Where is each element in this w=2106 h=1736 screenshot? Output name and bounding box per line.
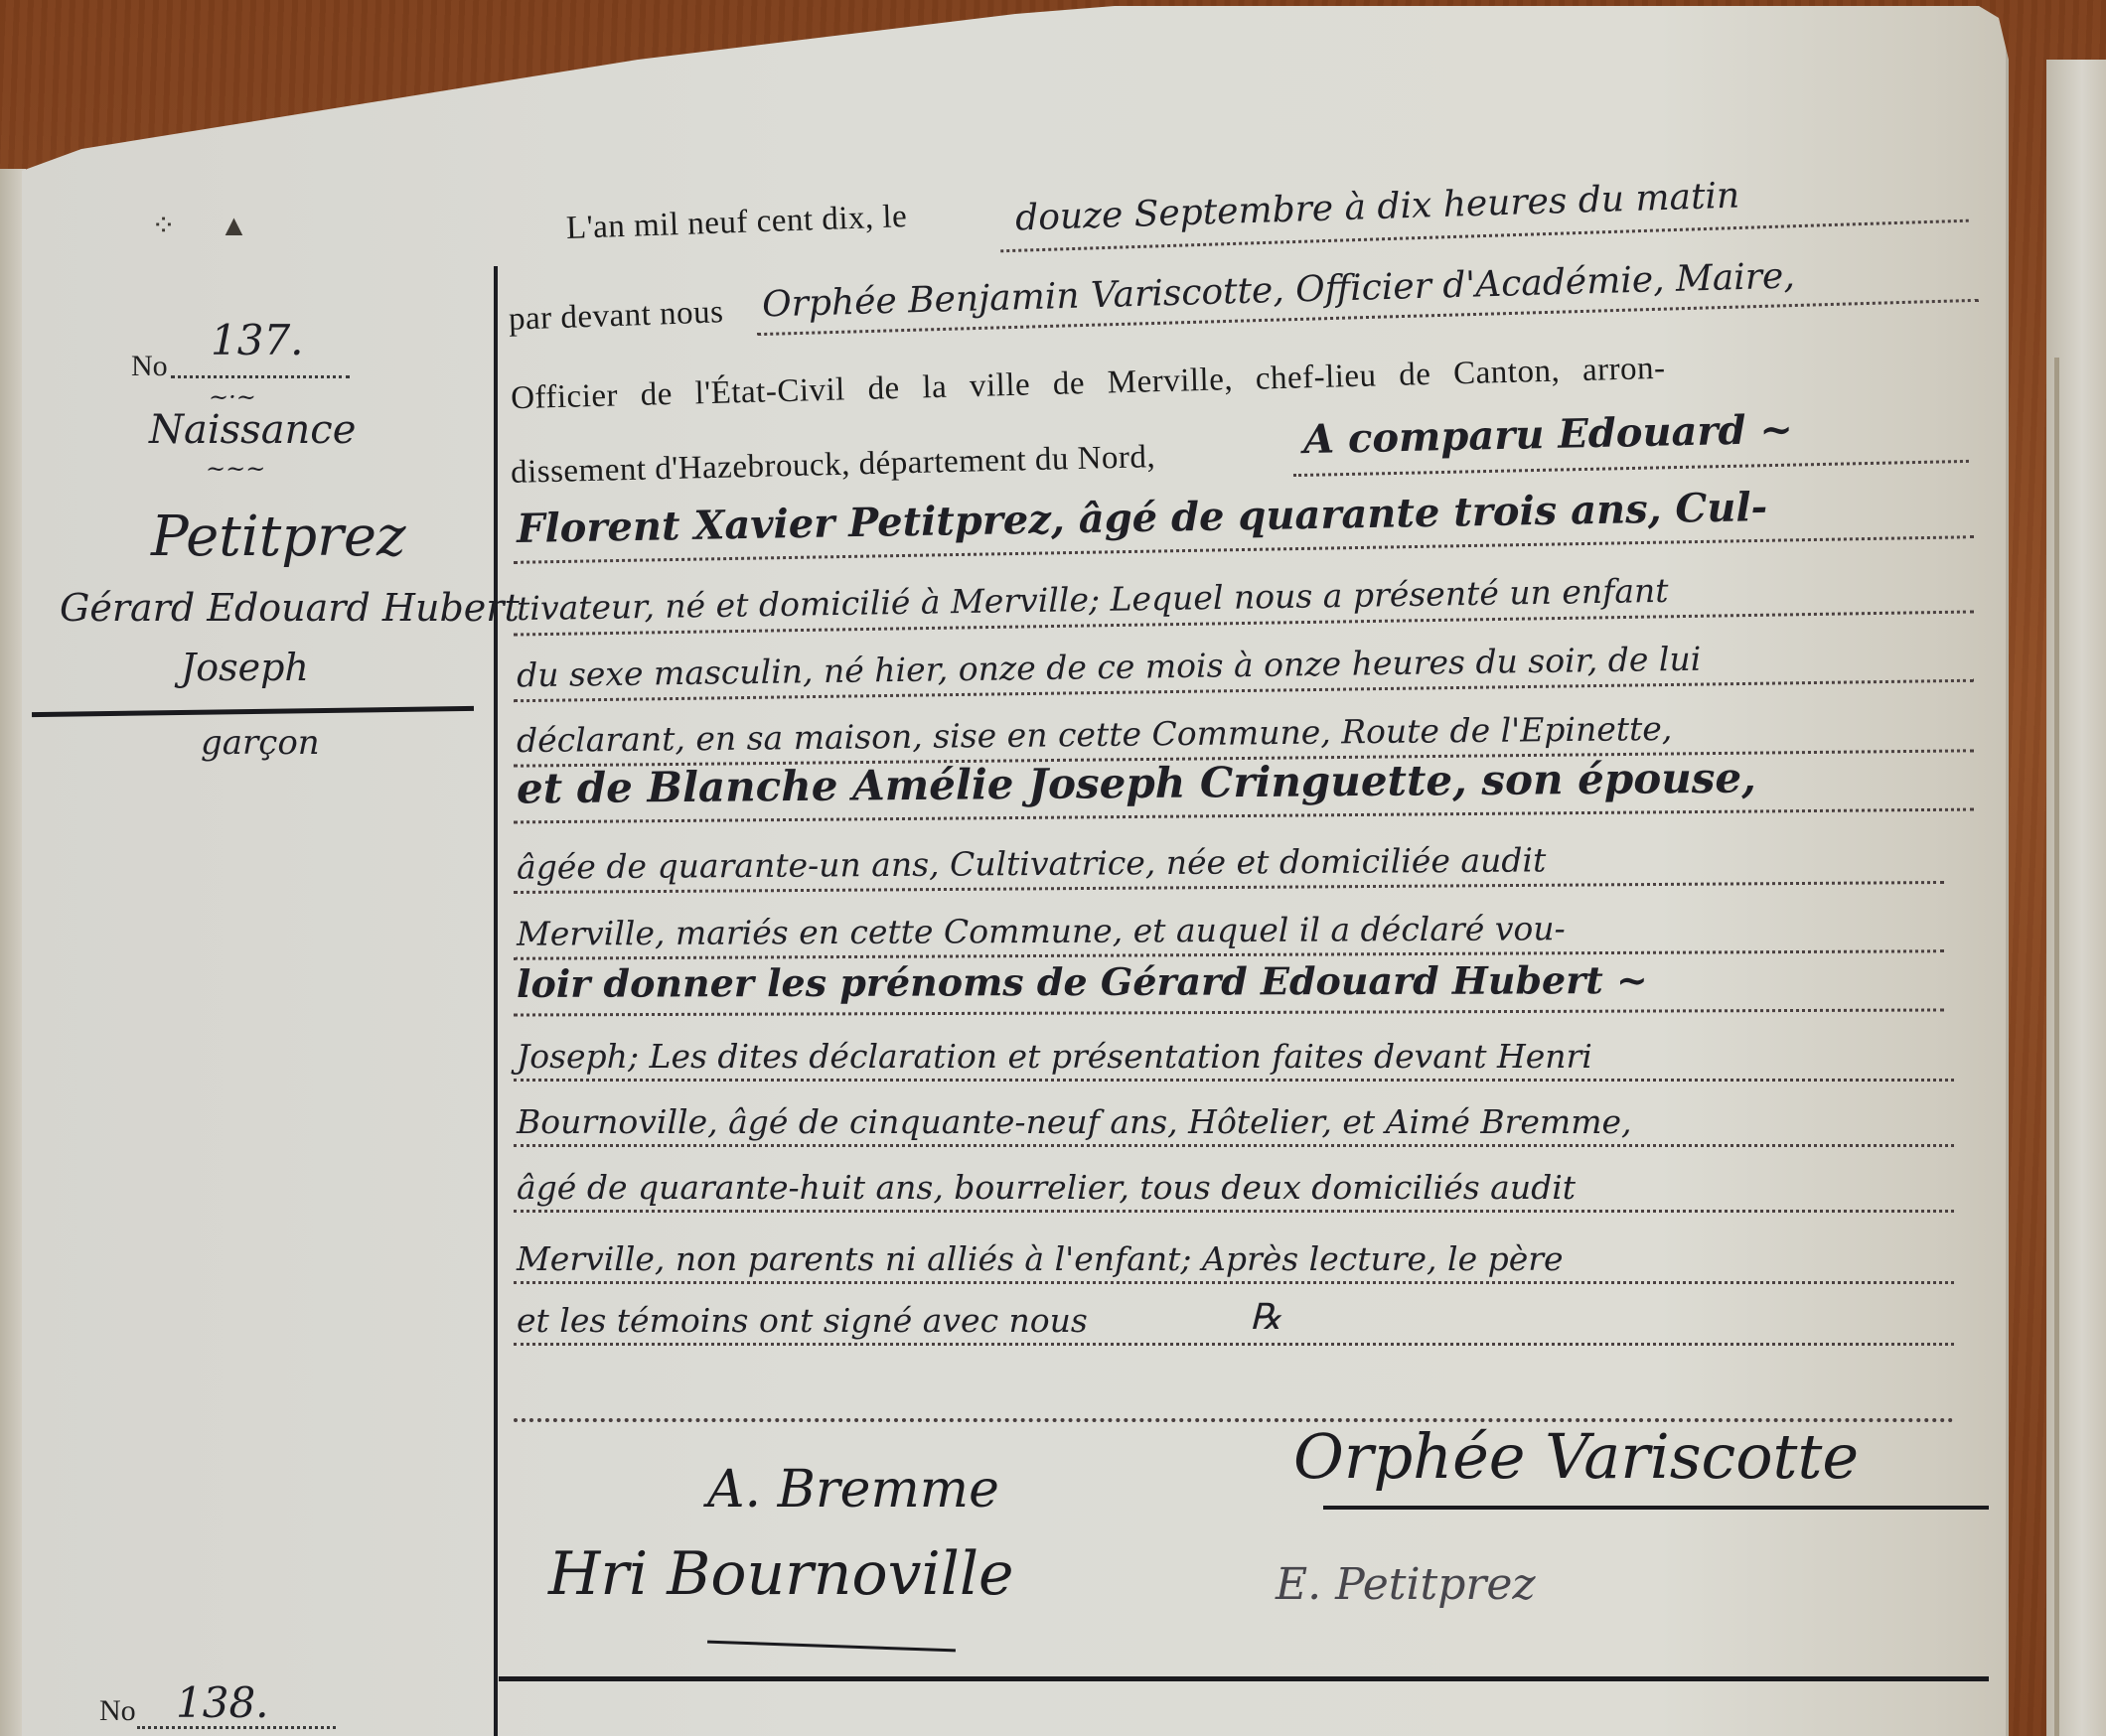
fill-line: [514, 1008, 1944, 1016]
entry-number: 137.: [211, 316, 304, 364]
next-page-edge: [2046, 60, 2106, 1736]
print-text: L'an mil neuf cent dix, le: [565, 199, 907, 247]
handwritten-text: loir donner les prénoms de Gérard Edouar…: [517, 957, 1648, 1006]
bournoville-signature-underline: [707, 1641, 956, 1653]
handwritten-text: A comparu Edouard ~: [1303, 406, 1794, 463]
print-text: par devant nous: [508, 294, 724, 339]
handwritten-text: et les témoins ont signé avec nous: [517, 1301, 1088, 1340]
handwritten-text: Joseph; Les dites déclaration et présent…: [517, 1037, 1592, 1076]
fill-line: [514, 1210, 1954, 1213]
flourish-divider: ~~~: [206, 455, 265, 483]
ink-blot-marks: ⁘ ▲: [151, 209, 266, 243]
mayor-signature-underline: [1323, 1506, 1989, 1510]
child-surname: Petitprez: [151, 505, 405, 569]
page-tear: [2054, 358, 2059, 1736]
handwritten-text: Orphée Benjamin Variscotte, Officier d'A…: [762, 255, 1796, 325]
fill-line: [514, 1281, 1954, 1284]
fill-line: [1293, 460, 1969, 477]
handwritten-text: et de Blanche Amélie Joseph Cringuette, …: [517, 754, 1756, 813]
entry-number-line: [171, 375, 350, 378]
handwritten-text: déclarant, en sa maison, sise en cette C…: [517, 709, 1673, 760]
handwritten-text: âgé de quarante-huit ans, bourrelier, to…: [517, 1168, 1576, 1207]
signature-witness-bournoville: Hri Bournoville: [548, 1539, 1014, 1609]
handwritten-text: Merville, non parents ni alliés à l'enfa…: [517, 1239, 1564, 1278]
entry-end-rule: [499, 1676, 1989, 1681]
entry-number-label: No: [131, 350, 168, 383]
next-entry-number: 138.: [176, 1678, 269, 1727]
signature-mayor: Orphée Variscotte: [1293, 1420, 1859, 1493]
child-given-names-cont: Joseph: [181, 646, 309, 689]
fill-line: [514, 1144, 1954, 1147]
signature-father: E. Petitprez: [1276, 1559, 1536, 1610]
child-sex: garçon: [201, 723, 320, 763]
fill-line: [514, 1343, 1954, 1346]
register-page: ⁘ ▲ No 137. ~·~ Naissance ~~~ Petitprez …: [22, 0, 2066, 1736]
entry-type: Naissance: [149, 407, 356, 453]
handwritten-text: Merville, mariés en cette Commune, et au…: [517, 909, 1566, 953]
print-text: dissement d'Hazebrouck, département du N…: [511, 439, 1156, 492]
signature-witness-bremme: A. Bremme: [707, 1460, 999, 1519]
handwritten-text: âgée de quarante-un ans, Cultivatrice, n…: [517, 840, 1547, 886]
column-divider: [494, 266, 498, 1736]
next-entry-number-label: No: [99, 1694, 136, 1728]
entry-separator-rule: [32, 706, 474, 717]
handwritten-text: Bournoville, âgé de cinquante-neuf ans, …: [517, 1102, 1632, 1141]
fill-line: [514, 1079, 1954, 1082]
paraph-mark: ℞: [1250, 1297, 1281, 1338]
margin-column: ⁘ ▲ No 137. ~·~ Naissance ~~~ Petitprez …: [22, 0, 499, 1736]
child-given-names: Gérard Edouard Hubert: [60, 586, 520, 630]
print-text: Officier de l'État-Civil de la ville de …: [511, 351, 1666, 417]
